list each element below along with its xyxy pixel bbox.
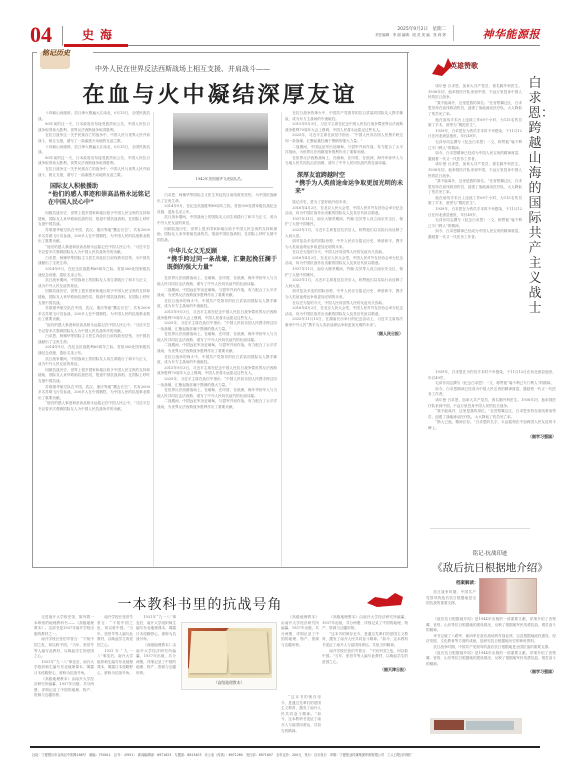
paragraph: 《高级地理教本》由南开大学经济研究所编纂，1937年出版，共分两册，详细记录了中… [34,677,94,699]
textbook-column-1: 走进南开大学校史馆，陈列着一本珍贵的地理教科书——《高级地理教本》。这部书是19… [34,615,94,743]
paragraph: “这本书的保存至今，是通过先辈们的爱国主义教育，激发了南开人民共同奋斗精神。”如… [322,632,408,649]
red-stamp-icon [365,591,405,609]
issue-date: 2025年9月2日 星期二 [397,26,446,32]
archive-strip-photo [426,710,526,740]
paragraph: 在抗日战争这一关乎民族存亡的战争中，中国人民与世界人民并肩战斗，相互支援，谱写了… [38,167,150,178]
header-rule [128,45,540,46]
paragraph: 苏联援华航空队在中国，武汉、重庆等地“鹰击长空”，共有2000多名苏联飞行员参战… [38,385,150,402]
paragraph: 在世界反法西斯战场上，在缅甸、在印度、在欧洲，海外华侨华人与当地人民共同抗击法西… [157,388,277,399]
doc-column-wide: 《敌后抗日根据地介绍》是1944年出版的一部重要文献，详细介绍了晋察冀、晋绥、山… [426,617,556,707]
paragraph: 白求恩、柯棣华等国际主义医生奔赴抗日前线救死扶伤，为中国抗战献出了宝贵生命。 [157,193,277,204]
paragraph: 面对复杂多变的国际形势，中外人民应当铭记历史、珍爱和平，携手为人类前途命运争取更… [285,289,403,300]
page-header: 04 史海 2025年9月2日 星期二 责任编辑：李 丽 编辑：段 武 美 编：… [30,24,540,46]
sidebar-credit: （据学习强国） [428,434,556,440]
paragraph: 毛泽东同志撰写《纪念白求恩》一文，称赞他“毫不利己专门利人”的精神。 [428,381,556,387]
paragraph: 2014年9月，在纪念抗战胜利69周年之际，首批300处国家级抗战纪念设施、遗址… [157,204,277,215]
paragraph: 南开学校长张伯苓曾言：“不知中国之危，何以救中国。”当年，张伯苓等人编写此教材，… [34,637,94,659]
textbook-column-5: 《高级地理教本》由南开大学经济研究所编纂，1937年出版，共分两册，详细记录了中… [322,615,408,743]
paragraph: 抗日战争期间，中国战场上的国际友人用生命践行了和平与正义，成为中外人民友谊的象征… [38,357,150,368]
paragraph: 1931年“九一八”事变后，南开大学组织师生编写东北地理课本，揭露日本侵略野心，… [34,660,94,677]
paragraph: 抗日战争期间，中国战场上的国际友人用生命践行了和平与正义，成为中外人民友谊的象征… [38,278,150,289]
page-number: 04 [30,24,52,46]
paragraph: 如今，白求恩精神已经成为中国人民宝贵的精神财富，激励着一代又一代医务工作者。 [428,151,522,162]
paragraph: 他在前线手术台上连续工作69个小时，为115名伤员做了手术，被誉为“模范医生”。 [428,196,522,207]
textbook-column-3: 1931年“九一八”事变后，南开大学组织师生编写东北地理课本，揭露日本侵略野心，… [136,615,176,743]
article-kicker: 中外人民在世界反法西斯战场上相互支援、并肩战斗—— [95,64,270,74]
textbook-photo-caption: 《高级地理教本》 [182,680,276,686]
archive-document-photo [479,578,537,614]
hero-column-logo: 英雄赞歌 [430,54,480,78]
column-tag: 铭记历史 [40,47,74,71]
book-volume-1 [189,631,230,673]
paragraph: 毛泽东同志撰写《纪念白求恩》一文，称赞他“毫不利己专门利人”的精神。 [428,218,522,229]
paragraph: 如今，白求恩精神已经成为中国人民宝贵的精神财富，激励着一代又一代医务工作者。 [428,387,556,398]
frame-top-right [93,52,409,53]
doc-label: 档案解读： [456,580,479,586]
column-separator [281,112,282,566]
paragraph: “他们的感人事迹和崇高品格永远铭记在中国人民心中。”习近平总书记曾多次强调国际友… [38,323,150,334]
paragraph: 二战期间，中国远征军出征缅甸，与盟军并肩作战，有力配合了太平洋战场，为世界反法西… [157,288,277,299]
caption-rule [168,187,273,188]
paragraph: 苏联援华航空队在中国，武汉、重庆等地“鹰击长空”，共有2000多名苏联飞行员参战… [38,228,150,245]
doc-credit: （据学习强国） [426,669,556,675]
photo-caption: 1942年美国援华飞虎队队员。 [160,177,280,182]
paragraph: 诺尔曼·白求恩，加拿大共产党员，著名胸外科医生。1938年初，他率领医疗队来到中… [428,84,522,101]
paragraph: 白求恩、柯棣华等国际主义医生奔赴抗日前线救死扶伤，为中国抗战献出了宝贵生命。 [38,256,150,267]
paragraph: 2016年4月2日，在北京人民大会堂，中国人民对外友好协会举行纪念活动，向为中国… [285,306,403,317]
paragraph: 2025年，习近平主席在致信中指出：“中国人民同各国人民携手跨过同一条战壕，汇聚… [285,133,403,144]
paragraph: 《敌后抗日根据地介绍》是1944年出版的一部重要文献，详细介绍了晋察冀、晋绥、山… [426,617,556,634]
paragraph: 在抗日战争的烽火中，中国共产党领导的抗日武装同国际友人携手御敌，成为东方主战场的… [157,355,277,366]
footer-rule [30,746,540,748]
paragraph: 回顾抗战历史，世界上很多国家和地区给予中国人民宝贵的支持和援助，国际友人来华救助… [38,211,150,228]
article-credit: （据人民日报） [285,331,403,337]
paragraph: 2014年9月，在纪念抗战胜利69周年之际，首批300处国家级抗战纪念设施、遗址… [38,267,150,278]
paragraph: 二战期间，中国远征军出征缅甸，与盟军并肩作战，有力配合了太平洋战场，为世界反法西… [285,145,403,156]
paragraph: 80年前的这一天，日本政府宣布接受波茨坦公告，中国人民抗日战争取得伟大胜利，世界… [38,122,150,133]
paragraph: 十四载山河破碎，抗日烽火燃遍大江南北，0月15日，全国民族抗战。 [38,145,150,156]
series-label: 铭记·抗战印迹 [440,549,540,557]
section-name: 史海 [82,26,118,43]
subheading-international-friends: 国际友人积极援助 “他们的感人事迹和崇高品格永远铭记在中国人民心中” [38,183,150,207]
paragraph: 回顾抗战历史，世界上很多国家和地区给予中国人民宝贵的支持和援助，国际友人来华救助… [38,368,150,385]
paragraph: 《高级地理教本》由南开大学经济研究所编纂，1937年出版，共分两册，详细记录了中… [281,615,319,649]
paragraph: 苏联援华航空队在中国，武汉、重庆等地“鹰击长空”，共有2000多名苏联飞行员参战… [38,306,150,323]
hero-column-logo-text: 英雄赞歌 [450,61,478,70]
article-column-2: 白求恩、柯棣华等国际主义医生奔赴抗日前线救死扶伤，为中国抗战献出了宝贵生命。 2… [157,193,277,567]
masthead-logo: 神华能源报 [483,26,541,42]
paragraph: 2025年，习近平主席在致信中指出：“中国人民同各国人民携手跨过同一条战壕，汇聚… [157,377,277,388]
article-column-1: 十四载山河破碎，抗日烽火燃遍大江南北，0月15日，全国民族抗战。 80年前的这一… [38,111,150,567]
article-headline: 在血与火中凝结深厚友谊 [60,78,380,109]
footer-info: 社址：宁夏银川市金凤区中阳路168号 邮编：750011 区号：（0951） 新… [32,752,542,757]
sidebar-vertical-title: 白求恩：跨越山海的国际共产主义战士 [528,76,542,316]
paragraph: “我不能离开，这里是我的岗位。”在晋察冀边区，白求恩坚持在前线救治伤员，创建了战… [428,179,522,196]
paragraph: 回顾抗战历史，世界上很多国家和地区给予中国人民宝贵的支持和援助，国际友人来华救助… [38,289,150,306]
paragraph: 2015年9月3日，习近平主席在纪念中国人民抗日战争暨世界反法西斯战争胜利70周… [285,122,403,133]
subheading-chinese-people: 中华儿女义无反顾 “携手跨过同一条战壕，汇聚起挽狂澜于既倒的强大力量” [157,248,277,272]
paragraph: 在抗日战争的烽火中，中国共产党领导的抗日武装同国际友人携手御敌，成为东方主战场的… [157,299,277,310]
paragraph: 《高级地理教本》由南开大学经济研究所编纂，1937年出版，共分两册，详细记录了中… [136,643,176,677]
paragraph: 1939年，白求恩在为伤员手术时不幸感染，于11月12日在河北唐县逝世，年仅49… [428,207,522,218]
paragraph: 二战期间，中国远征军出征缅甸，与盟军并肩作战，有力配合了太平洋战场，为世界反法西… [157,399,277,410]
textbook-column-4b: “这本书的保存至今，是通过先辈们的爱国主义教育，激发了南开人民共同奋斗精神。”如… [281,695,321,743]
paragraph: 2016年4月2日，在北京人民大会堂，中国人民对外友好协会举行纪念活动，向为中国… [285,206,403,217]
paragraph: 1931年“九一八”事变后，南开大学组织师生编写东北地理课本，揭露日本侵略野心，… [97,649,133,677]
doc-column-narrow: 抗日战争时期，中国共产党领导的敌后抗日根据地是全国抗战的重要支撑。 [426,590,476,616]
textbook-column-4: 《高级地理教本》由南开大学经济研究所编纂，1937年出版，共分两册，详细记录了中… [281,615,319,695]
paragraph: 在世界反法西斯战场上，在缅甸、在印度、在欧洲，海外华侨华人与当地人民共同抗击法西… [157,276,277,287]
paragraph: 在抗日战争这一关乎民族存亡的战争中，中国人民与世界人民并肩战斗，相互支援，谱写了… [38,133,150,144]
paragraph: 2025年11月15日，在湖南长沙举行的纪念活动上，习近平主席再次重申中外人民“… [285,317,403,328]
paragraph: “我不能离开，这里是我的岗位。”在晋察冀边区，白求恩坚持在前线救治伤员，创建了战… [428,101,522,118]
header-divider [62,26,63,46]
column-tag-label: 铭记历史 [42,48,70,57]
paragraph: “斯人已逝，精神长存。”白求恩的名字，永远铭刻在中加两国人民友谊的丰碑上。 [428,420,556,431]
paragraph: 《高级地理教本》由南开大学经济研究所编纂，1937年出版，共分两册，详细记录了中… [322,615,408,632]
frame-top-left [32,52,37,53]
paragraph: “他们的感人事迹和崇高品格永远铭记在中国人民心中。”习近平总书记曾多次强调国际友… [38,245,150,256]
paragraph: 2014年9月，在纪念抗战胜利69周年之际，首批300处国家级抗战纪念设施、遗址… [38,345,150,356]
paragraph: 走进南开大学校史馆，陈列着一本珍贵的地理教科书——《高级地理教本》。这部书是19… [34,615,94,637]
paragraph: 回顾抗战历史，世界上很多国家和地区给予中国人民宝贵的支持和援助，国际友人来华救助… [157,227,277,244]
paragraph: 二战期间，中国远征军出征缅甸，与盟军并肩作战，有力配合了太平洋战场，为世界反法西… [157,343,277,354]
paragraph: 80年前的这一天，日本政府宣布接受波茨坦公告，中国人民抗日战争取得伟大胜利，世界… [38,156,150,167]
sidebar-divider [430,528,530,529]
article-column-3: 在抗日战争的烽火中，中国共产党领导的抗日武装同国际友人携手御敌，成为东方主战场的… [285,111,403,567]
paragraph: 2015年9月3日，习近平主席在纪念中国人民抗日战争暨世界反法西斯战争胜利70周… [157,310,277,321]
paragraph: 在世界反法西斯战场上，在缅甸、在印度、在欧洲，海外华侨华人与当地人民共同抗击法西… [285,156,403,167]
paragraph: 白求恩、柯棣华等国际主义医生奔赴抗日前线救死扶伤，为中国抗战献出了宝贵生命。 [38,334,150,345]
paragraph: 《敌后抗日根据地介绍》是1944年出版的一部重要文献，详细介绍了晋察冀、晋绥、山… [426,651,556,668]
paragraph: 抗日战争时期，中国共产党领导的敌后抗日根据地是全国抗战的重要支撑。 [426,645,556,651]
paragraph: 2023年1月，习近平主席复信拉贝后人，称赞他们以实际行动诠释了人间大爱。 [285,278,403,289]
flying-tigers-photo [173,113,268,170]
textbook-photo: 《高级地理教本》 [181,622,277,690]
paragraph: 1937年11月，南京大屠杀期间，约翰·拉贝等人设立南京安全区，保护了大批中国难… [285,217,403,228]
subheading-lasting-friendship: 深厚友谊跨越时空 “携手为人类前途命运争取更加光明的未来” [285,172,403,196]
editors-credit: 责任编辑：李 丽 编辑：段 武 美 编：张 莉 婷 [375,33,446,38]
paragraph: 抗日战争时期，中国共产党领导的敌后抗日根据地是全国抗战的重要支撑。 [426,590,476,607]
paragraph: 2025年，习近平主席在致信中指出：“中国人民同各国人民携手跨过同一条战壕，汇聚… [157,321,277,332]
paragraph: 十四载山河破碎，抗日烽火燃遍大江南北，0月15日，全国民族抗战。 [38,111,150,122]
paragraph: 毛泽东同志撰写《纪念白求恩》一文，称赞他“毫不利己专门利人”的精神。 [428,140,522,151]
paragraph: 该书记载了八路军、新四军在敌后战场的作战业绩，以及根据地政权建设、经济发展、文化… [426,634,556,645]
paragraph: 1939年，白求恩在为伤员手术时不幸感染，于11月12日在河北唐县逝世，年仅49… [428,370,556,381]
paragraph: 诺尔曼·白求恩，加拿大共产党员，著名胸外科医生。1938年初，他率领医疗队来到中… [428,162,522,179]
textbook-credit: （据天津日报） [322,667,408,673]
paragraph: 在世界反法西斯战场上，在缅甸、在印度、在欧洲，海外华侨华人与当地人民共同抗击法西… [157,332,277,343]
paragraph: “他们的感人事迹和崇高品格永远铭记在中国人民心中。”习近平总书记曾多次强调国际友… [38,401,150,412]
paragraph: 他在前线手术台上连续工作69个小时，为115名伤员做了手术，被誉为“模范医生”。 [428,118,522,129]
paragraph: 南开学校长张伯苓曾言：“不知中国之危，何以救中国。”当年，张伯苓等人编写此教材，… [322,649,408,666]
paragraph: 诺尔曼·白求恩，加拿大共产党员，著名胸外科医生。1938年初，他率领医疗队来到中… [428,398,556,409]
paragraph: 2015年9月3日，习近平主席在纪念中国人民抗日战争暨世界反法西斯战争胜利70周… [157,366,277,377]
paragraph: 如今，白求恩精神已经成为中国人民宝贵的精神财富，激励着一代又一代医务工作者。 [428,229,522,240]
book-volume-2 [227,631,270,673]
paragraph: 在抗日战争的烽火中，中国共产党领导的抗日武装同国际友人携手御敌，成为东方主战场的… [285,111,403,122]
paragraph: 抗日战争期间，中国战场上的国际友人用生命践行了和平与正义，成为中外人民友谊的象征… [157,215,277,226]
paragraph: 2016年4月2日，在北京人民大会堂，中国人民对外友好协会举行纪念活动，向为中国… [285,256,403,267]
paragraph: 南开学校长张伯苓曾言：“不知中国之危，何以救中国。”当年，张伯苓等人编写此教材，… [97,615,133,649]
paragraph: 1937年11月，南京大屠杀期间，约翰·拉贝等人设立南京安全区，保护了大批中国难… [285,267,403,278]
paragraph: 1939年，白求恩在为伤员手术时不幸感染，于11月12日在河北唐县逝世，年仅49… [428,129,522,140]
paragraph: 2023年1月，习近平主席复信拉贝后人，称赞他们以实际行动诠释了人间大爱。 [285,228,403,239]
textbook-column-2: 南开学校长张伯苓曾言：“不知中国之危，何以救中国。”当年，张伯苓等人编写此教材，… [97,615,133,743]
paragraph: 面对复杂多变的国际形势，中外人民应当铭记历史、珍爱和平，携手为人类前途命运争取更… [285,239,403,250]
textbook-headline: 一本教科书里的抗战号角 [100,594,300,614]
series-title: 《敌后抗日根据地介绍》 [425,560,555,575]
paragraph: “这本书的保存至今，是通过先辈们的爱国主义教育，激发了南开人民共同奋斗精神。”如… [281,695,321,734]
paragraph: “我不能离开，这里是我的岗位。”在晋察冀边区，白求恩坚持在前线救治伤员，创建了战… [428,409,556,420]
header-vertical-divider [453,25,454,41]
column-separator [153,112,154,566]
paragraph: 1931年“九一八”事变后，南开大学组织师生编写东北地理课本，揭露日本侵略野心，… [136,615,176,643]
sidebar-column-lower: 1939年，白求恩在为伤员手术时不幸感染，于11月12日在河北唐县逝世，年仅49… [428,370,556,525]
